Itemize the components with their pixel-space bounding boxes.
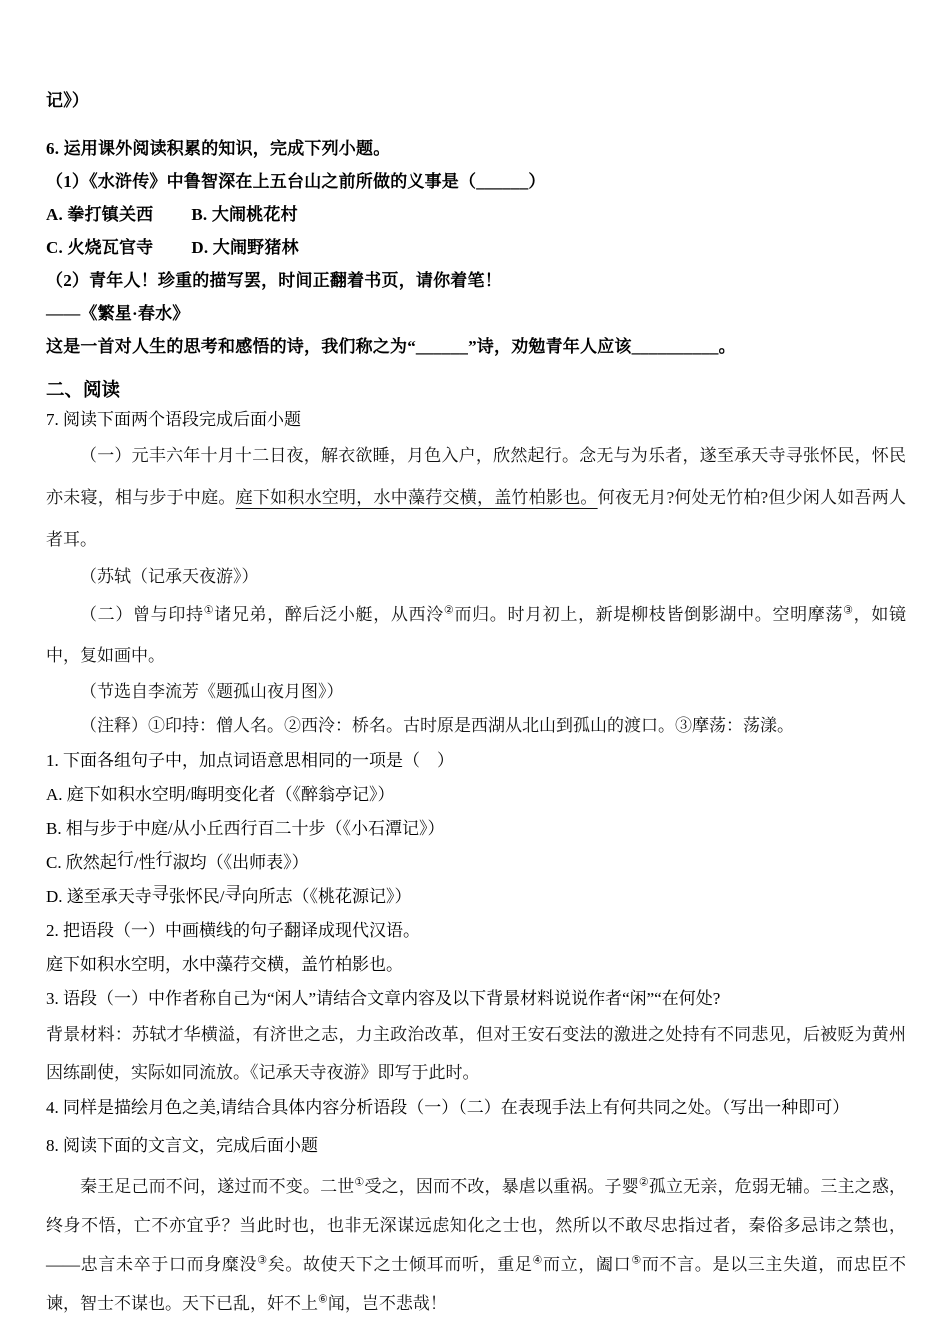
option-d-text: D. 遂至承天寺 xyxy=(46,887,152,906)
note-ref-3: ③ xyxy=(257,1254,268,1266)
question-7-1-option-c: C. 欣然起行/性行淑均（《出师表》） xyxy=(46,846,906,880)
question-6-comment: 这是一首对人生的思考和感悟的诗，我们称之为“______”诗，劝勉青年人应该__… xyxy=(46,330,906,363)
passage-2: （二）曾与印持①诸兄弟，醉后泛小艇，从西泠②而归。时月初上，新堤柳枝皆倒影湖中。… xyxy=(46,594,906,676)
question-6-stem: 6. 运用课外阅读积累的知识，完成下列小题。 xyxy=(46,132,906,165)
section-2-title: 二、阅读 xyxy=(46,376,906,406)
passage-2-text: （二）曾与印持 xyxy=(80,605,204,624)
q8-passage-text: 秦王足己而不问，遂过而不变。二世 xyxy=(80,1177,354,1196)
note-ref-5: ⑤ xyxy=(631,1254,642,1266)
dotted-char: 行 xyxy=(156,850,173,869)
note-ref-4: ④ xyxy=(533,1254,544,1266)
question-7-4-stem: 4. 同样是描绘月色之美,请结合具体内容分析语段（一）（二）在表现手法上有何共同… xyxy=(46,1091,906,1125)
passage-2-source: （节选自李流芳《题孤山夜月图》） xyxy=(46,676,906,707)
question-8-stem: 8. 阅读下面的文言文，完成后面小题 xyxy=(46,1127,906,1164)
question-6-poem-source: ——《繁星·春水》 xyxy=(46,297,906,330)
option-a: A. 拳打镇关西 xyxy=(46,205,153,224)
question-8-block: 8. 阅读下面的文言文，完成后面小题 秦王足己而不问，遂过而不变。二世①受之，因… xyxy=(46,1127,906,1323)
question-8-passage: 秦王足己而不问，遂过而不变。二世①受之，因而不改，暴虐以重祸。子婴②孤立无亲，危… xyxy=(46,1167,906,1323)
question-7-3-background: 背景材料：苏轼才华横溢，有济世之志，力主政治改革，但对王安石变法的激进之处持有不… xyxy=(46,1016,906,1091)
passage-2-text: 诸兄弟，醉后泛小艇，从西泠 xyxy=(214,605,444,624)
option-d-text: 张怀民/ xyxy=(169,887,225,906)
dotted-char: 寻 xyxy=(152,884,169,903)
question-7-1-option-b: B. 相与步于中庭/从小丘西行百二十步（《小石潭记》） xyxy=(46,812,906,846)
option-c-text: /性 xyxy=(134,853,156,872)
note-ref-6: ⑥ xyxy=(318,1293,328,1305)
passage-1: （一）元丰六年十月十二日夜，解衣欲睡，月色入户，欣然起行。念无与为乐者，遂至承天… xyxy=(46,435,906,561)
note-ref-3: ③ xyxy=(843,604,854,616)
question-7-3-stem: 3. 语段（一）中作者称自己为“闲人”请结合文章内容及以下背景材料说说作者“闲”… xyxy=(46,982,906,1016)
option-c: C. 火烧瓦官寺 xyxy=(46,238,153,257)
note-ref-1: ① xyxy=(354,1176,364,1188)
question-6-sub2: （2）青年人！珍重的描写罢，时间正翻着书页，请你着笔！ xyxy=(46,264,906,297)
q8-passage-text: 而立，阖口 xyxy=(543,1255,631,1274)
question-7-1-option-a: A. 庭下如积水空明/晦明变化者（《醉翁亭记》） xyxy=(46,778,906,812)
question-7-2-sentence: 庭下如积水空明，水中藻荇交横，盖竹柏影也。 xyxy=(46,948,906,982)
question-6-options-row-1: A. 拳打镇关西B. 大闹桃花村 xyxy=(46,198,906,231)
question-7-1-option-d: D. 遂至承天寺寻张怀民/寻向所志（《桃花源记》） xyxy=(46,880,906,914)
dotted-char: 行 xyxy=(117,850,134,869)
option-d: D. 大闹野猪林 xyxy=(191,238,298,257)
passage-1-underlined-sentence: 庭下如积水空明，水中藻荇交横，盖竹柏影也。 xyxy=(236,488,598,507)
question-6-options-row-2: C. 火烧瓦官寺D. 大闹野猪林 xyxy=(46,231,906,264)
q8-passage-text: 矣。故使天下之士倾耳而听，重足 xyxy=(268,1255,533,1274)
exam-page: 记》） 6. 运用课外阅读积累的知识，完成下列小题。 （1）《水浒传》中鲁智深在… xyxy=(0,0,950,1344)
note-ref-1: ① xyxy=(204,604,215,616)
question-6-sub1: （1）《水浒传》中鲁智深在上五台山之前所做的义事是（______） xyxy=(46,165,906,198)
note-ref-2: ② xyxy=(639,1176,649,1188)
dotted-char: 寻 xyxy=(225,884,242,903)
passage-annotations: （注释）①印持：僧人名。②西泠：桥名。古时原是西湖从北山到孤山的渡口。③摩荡：荡… xyxy=(46,707,906,744)
question-7-stem: 7. 阅读下面两个语段完成后面小题 xyxy=(46,406,906,433)
option-c-text: C. 欣然起 xyxy=(46,853,117,872)
option-d-text: 向所志（《桃花源记》） xyxy=(242,887,412,906)
passage-1-source: （苏轼（记承天夜游》） xyxy=(46,561,906,592)
question-7-block: 7. 阅读下面两个语段完成后面小题 （一）元丰六年十月十二日夜，解衣欲睡，月色入… xyxy=(46,406,906,1125)
question-7-1-stem: 1. 下面各组句子中，加点词语意思相同的一项是（ ） xyxy=(46,744,906,778)
carryover-fragment: 记》） xyxy=(46,84,906,117)
q8-passage-text: 闻，岂不悲哉！ xyxy=(328,1294,447,1313)
question-6-block: 记》） 6. 运用课外阅读积累的知识，完成下列小题。 （1）《水浒传》中鲁智深在… xyxy=(46,84,906,363)
question-7-2-stem: 2. 把语段（一）中画横线的句子翻译成现代汉语。 xyxy=(46,914,906,948)
q8-passage-text: 受之，因而不改，暴虐以重祸。子婴 xyxy=(364,1177,638,1196)
passage-2-text: 而归。时月初上，新堤柳枝皆倒影湖中。空明摩荡 xyxy=(454,605,843,624)
option-c-text: 淑均（《出师表》） xyxy=(173,853,309,872)
option-b: B. 大闹桃花村 xyxy=(191,205,297,224)
note-ref-2: ② xyxy=(444,604,455,616)
